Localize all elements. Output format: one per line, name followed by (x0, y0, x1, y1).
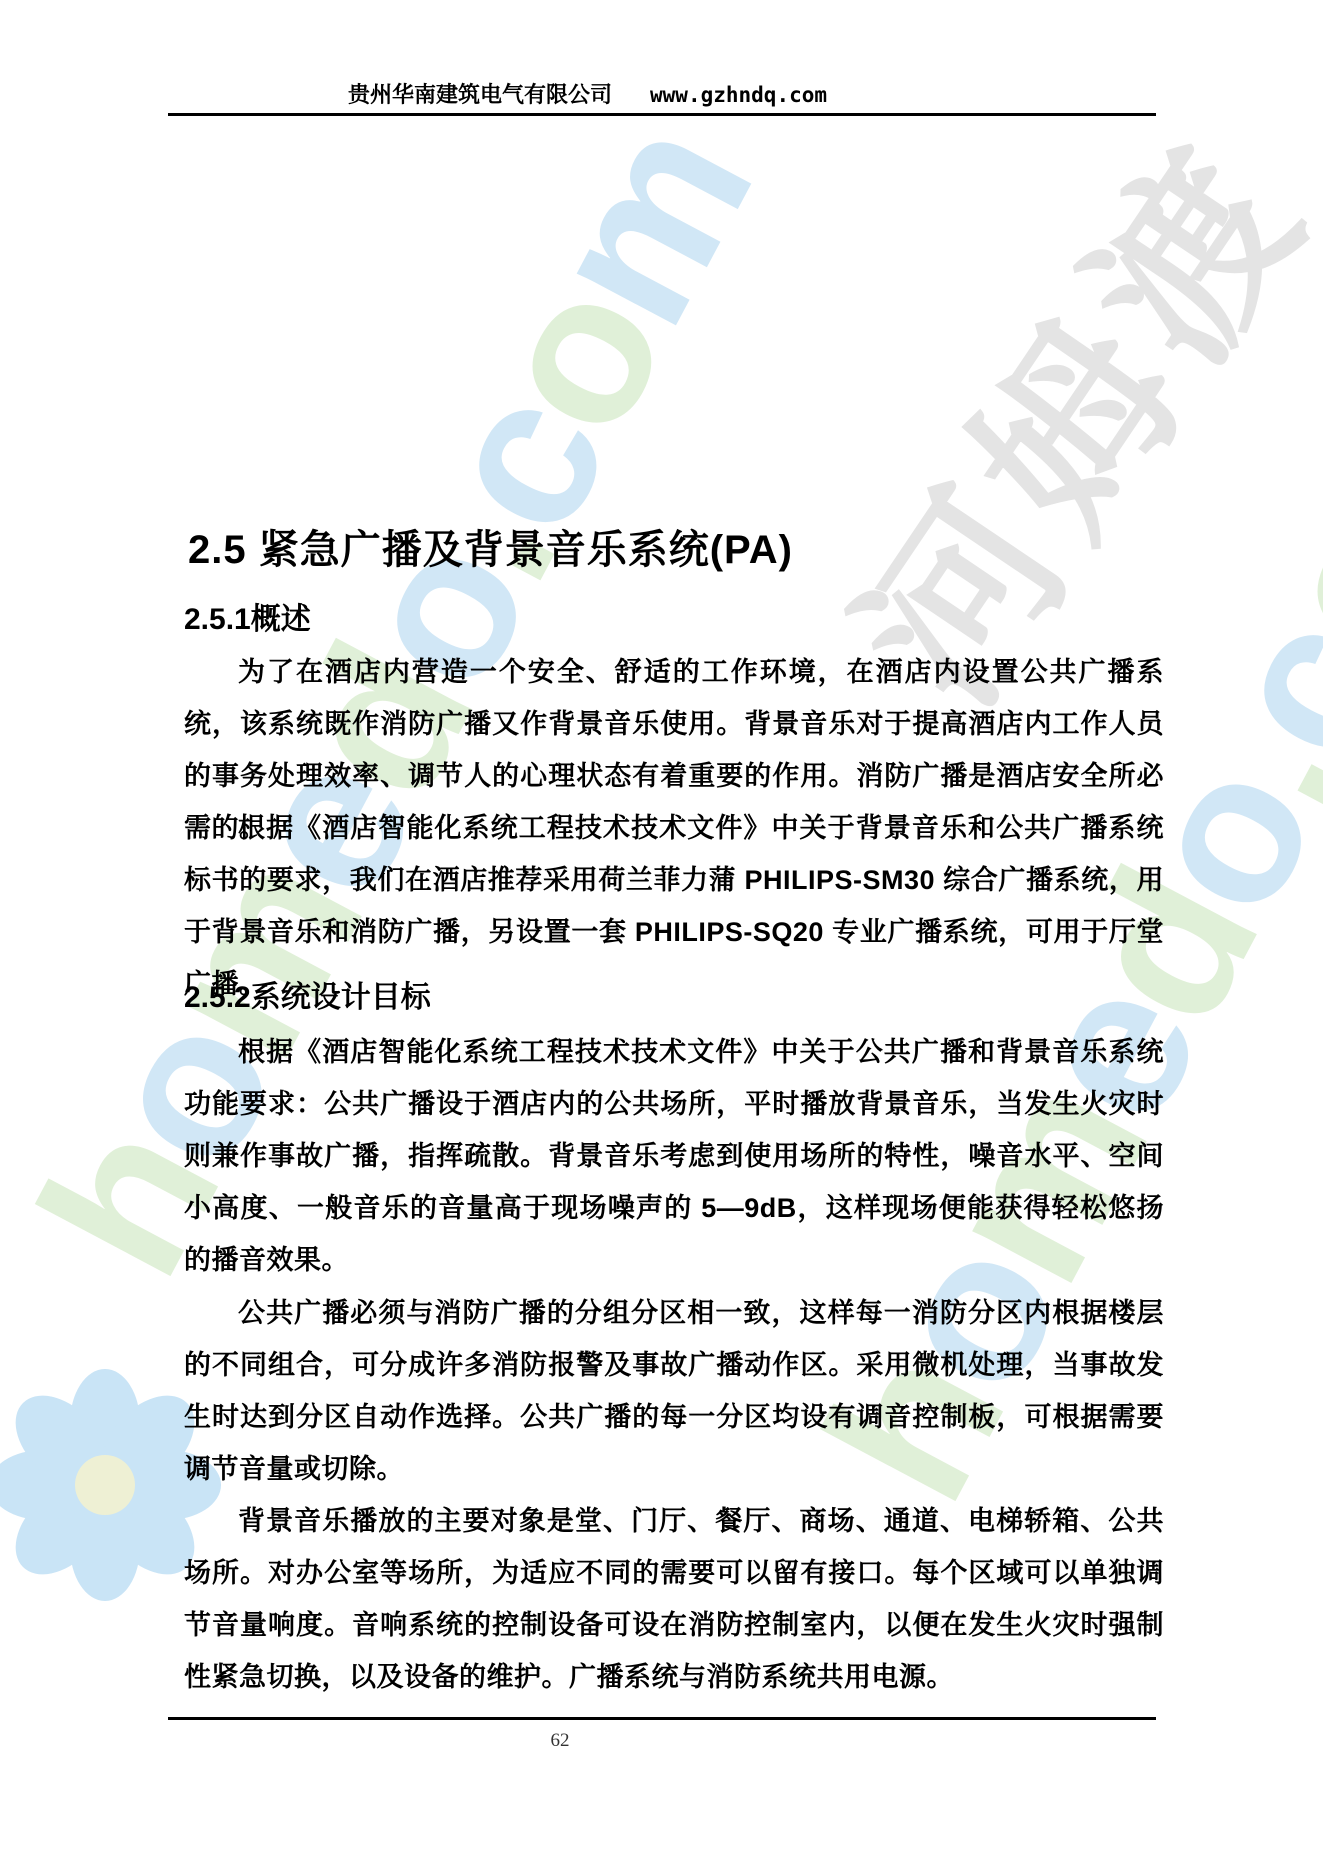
page-content: 贵州华南建筑电气有限公司www.gzhndq.com 2.5 紧急广播及背景音乐… (0, 0, 1323, 1871)
document-page: homedo.com homedo.com 河姆渡 贵州华南建筑电气有限公司ww… (0, 0, 1323, 1871)
paragraph: 根据《酒店智能化系统工程技术技术文件》中关于公共广播和背景音乐系统功能要求：公共… (184, 1026, 1164, 1286)
page-header: 贵州华南建筑电气有限公司www.gzhndq.com (348, 78, 827, 109)
company-name: 贵州华南建筑电气有限公司 (348, 82, 612, 107)
subsection-heading-overview: 2.5.1概述 (184, 594, 311, 638)
subsection-heading-design-goals: 2.5.2系统设计目标 (184, 972, 431, 1016)
page-number: 62 (0, 1730, 1120, 1752)
company-website: www.gzhndq.com (650, 83, 827, 107)
paragraph: 公共广播必须与消防广播的分组分区相一致，这样每一消防分区内根据楼层的不同组合，可… (184, 1287, 1164, 1495)
footer-rule (168, 1717, 1156, 1720)
paragraph: 背景音乐播放的主要对象是堂、门厅、餐厅、商场、通道、电梯轿箱、公共场所。对办公室… (184, 1495, 1164, 1703)
section-title: 2.5 紧急广播及背景音乐系统(PA) (188, 518, 793, 575)
header-rule (168, 113, 1156, 116)
